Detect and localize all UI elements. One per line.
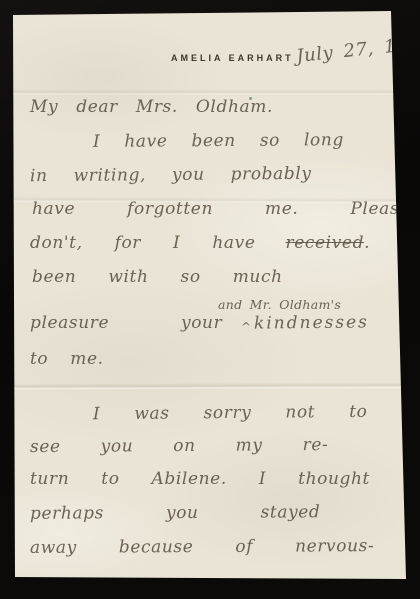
handwriting-line: don't, for I havereceived.	[30, 233, 370, 253]
handwriting-line: I was sorry not to	[93, 402, 368, 424]
handwriting-word: your	[181, 313, 222, 333]
handwriting-line: I have been so long	[93, 130, 344, 152]
strikethrough-word: received	[286, 233, 365, 253]
handwriting-word: kindnesses	[254, 312, 369, 333]
handwriting-line: to me.	[30, 349, 104, 369]
handwritten-date: July 27, 1931	[295, 32, 420, 67]
handwriting-line: have forgotten me. Please	[32, 199, 410, 219]
handwriting-line: been with so much	[32, 267, 283, 287]
caret-mark: ^	[241, 320, 252, 334]
handwriting-word: pleasure	[30, 313, 109, 333]
letterhead-text: AMELIA EARHART	[171, 53, 294, 63]
line-text: .	[364, 233, 370, 253]
handwriting-line: turn to Abilene. I thought	[30, 469, 370, 489]
handwriting-line: away because of nervous-	[30, 536, 374, 558]
handwriting-line: in writing, you probably	[30, 164, 312, 186]
line-text: don't, for I have	[30, 233, 256, 253]
salutation-line: My dear Mrs. Oldham.	[30, 97, 273, 117]
inserted-text: and Mr. Oldham's	[218, 297, 341, 312]
handwriting-line: see you on my re-	[30, 435, 328, 457]
fold-crease	[13, 89, 406, 96]
fold-crease	[13, 382, 406, 390]
handwriting-line: perhaps you stayed	[30, 502, 321, 524]
photo-background: AMELIA EARHART July 27, 1931 My dear Mrs…	[0, 0, 420, 599]
letter-paper: AMELIA EARHART July 27, 1931 My dear Mrs…	[13, 11, 406, 579]
